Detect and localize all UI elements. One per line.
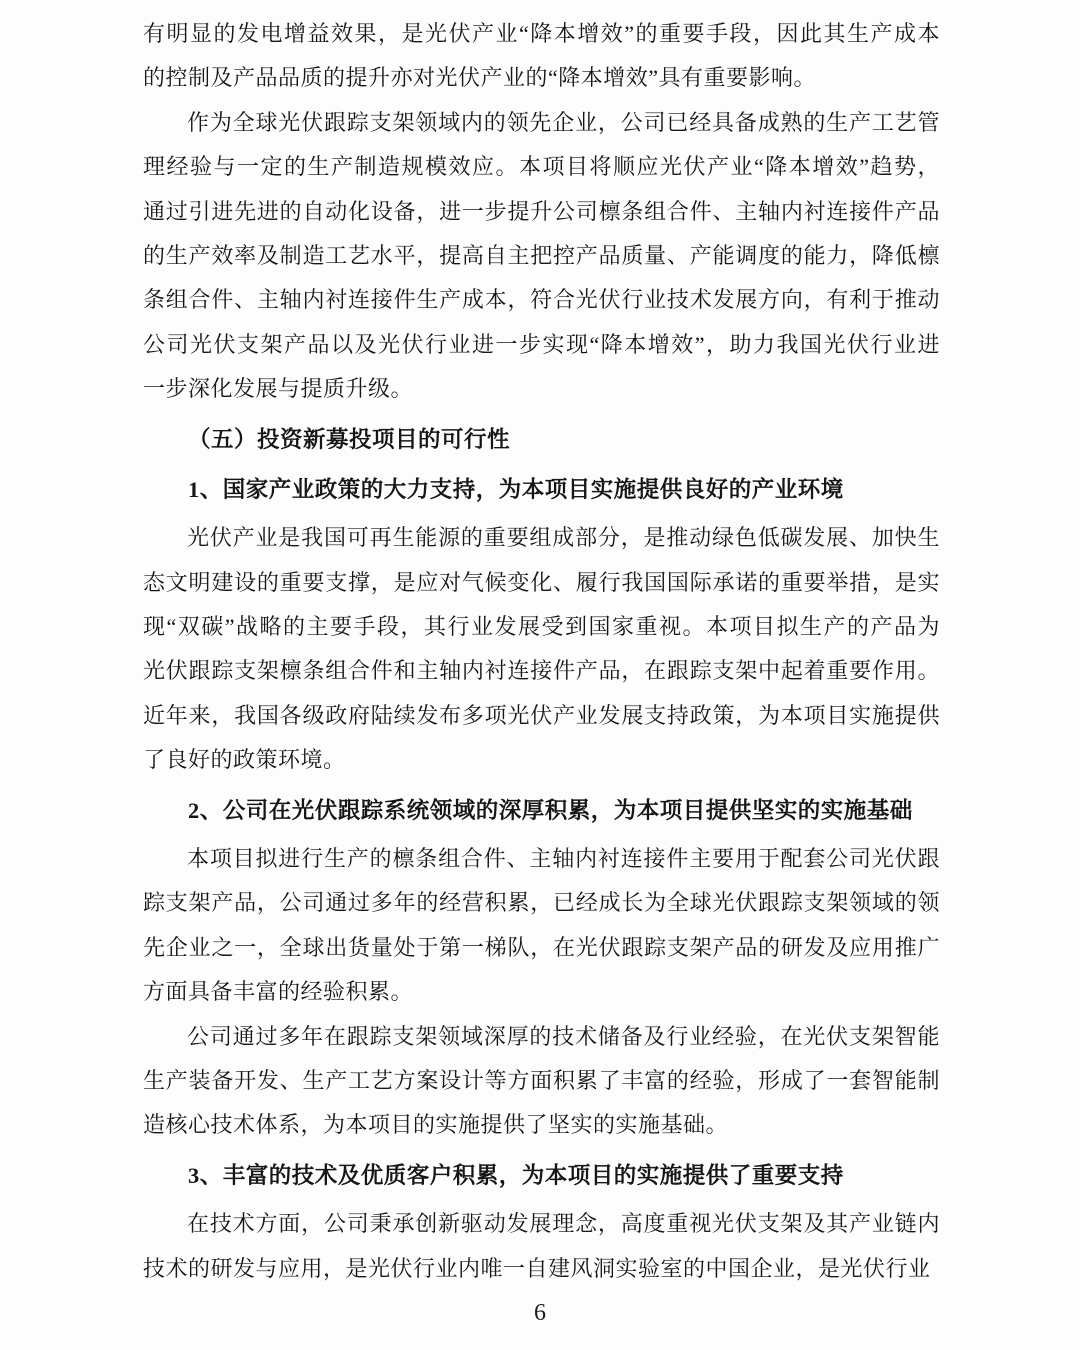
document-page: 有明显的发电增益效果，是光伏产业“降本增效”的重要手段，因此其生产成本的控制及产… — [0, 0, 1080, 1350]
text-line: 造核心技术体系，为本项目的实施提供了坚实的实施基础。 — [143, 1103, 940, 1147]
paragraph: 在技术方面，公司秉承创新驱动发展理念，高度重视光伏支架及其产业链内技术的研发与应… — [143, 1202, 940, 1291]
heading-line: 1、国家产业政策的大力支持，为本项目实施提供良好的产业环境 — [143, 468, 940, 512]
text-line: 本项目拟进行生产的檩条组合件、主轴内衬连接件主要用于配套公司光伏跟 — [143, 837, 940, 881]
paragraph: 有明显的发电增益效果，是光伏产业“降本增效”的重要手段，因此其生产成本的控制及产… — [143, 12, 940, 101]
text-line: 理经验与一定的生产制造规模效应。本项目将顺应光伏产业“降本增效”趋势， — [143, 145, 940, 189]
text-line: 近年来，我国各级政府陆续发布多项光伏产业发展支持政策，为本项目实施提供 — [143, 694, 940, 738]
section-heading: 1、国家产业政策的大力支持，为本项目实施提供良好的产业环境 — [143, 468, 940, 512]
paragraph: 作为全球光伏跟踪支架领域内的领先企业，公司已经具备成熟的生产工艺管理经验与一定的… — [143, 101, 940, 412]
text-line: 公司光伏支架产品以及光伏行业进一步实现“降本增效”，助力我国光伏行业进 — [143, 323, 940, 367]
page-number: 6 — [0, 1300, 1080, 1327]
text-line: 生产装备开发、生产工艺方案设计等方面积累了丰富的经验，形成了一套智能制 — [143, 1059, 940, 1103]
section-heading: （五）投资新募投项目的可行性 — [143, 418, 940, 462]
text-line: 现“双碳”战略的主要手段，其行业发展受到国家重视。本项目拟生产的产品为 — [143, 605, 940, 649]
heading-line: （五）投资新募投项目的可行性 — [143, 418, 940, 462]
section-heading: 3、丰富的技术及优质客户积累，为本项目的实施提供了重要支持 — [143, 1154, 940, 1198]
section-heading: 2、公司在光伏跟踪系统领域的深厚积累，为本项目提供坚实的实施基础 — [143, 789, 940, 833]
text-line: 先企业之一，全球出货量处于第一梯队，在光伏跟踪支架产品的研发及应用推广 — [143, 926, 940, 970]
text-line: 的控制及产品品质的提升亦对光伏产业的“降本增效”具有重要影响。 — [143, 56, 940, 100]
text-line: 光伏跟踪支架檩条组合件和主轴内衬连接件产品，在跟踪支架中起着重要作用。 — [143, 649, 940, 693]
document-body: 有明显的发电增益效果，是光伏产业“降本增效”的重要手段，因此其生产成本的控制及产… — [143, 12, 940, 1291]
text-line: 技术的研发与应用，是光伏行业内唯一自建风洞实验室的中国企业，是光伏行业 — [143, 1247, 940, 1291]
text-line: 在技术方面，公司秉承创新驱动发展理念，高度重视光伏支架及其产业链内 — [143, 1202, 940, 1246]
text-line: 的生产效率及制造工艺水平，提高自主把控产品质量、产能调度的能力，降低檩 — [143, 234, 940, 278]
heading-line: 2、公司在光伏跟踪系统领域的深厚积累，为本项目提供坚实的实施基础 — [143, 789, 940, 833]
text-line: 有明显的发电增益效果，是光伏产业“降本增效”的重要手段，因此其生产成本 — [143, 12, 940, 56]
text-line: 踪支架产品，公司通过多年的经营积累，已经成长为全球光伏跟踪支架领域的领 — [143, 881, 940, 925]
text-line: 态文明建设的重要支撑，是应对气候变化、履行我国国际承诺的重要举措，是实 — [143, 561, 940, 605]
text-line: 方面具备丰富的经验积累。 — [143, 970, 940, 1014]
text-line: 光伏产业是我国可再生能源的重要组成部分，是推动绿色低碳发展、加快生 — [143, 516, 940, 560]
text-line: 一步深化发展与提质升级。 — [143, 367, 940, 411]
paragraph: 本项目拟进行生产的檩条组合件、主轴内衬连接件主要用于配套公司光伏跟踪支架产品，公… — [143, 837, 940, 1015]
text-line: 公司通过多年在跟踪支架领域深厚的技术储备及行业经验，在光伏支架智能 — [143, 1015, 940, 1059]
text-line: 条组合件、主轴内衬连接件生产成本，符合光伏行业技术发展方向，有利于推动 — [143, 278, 940, 322]
paragraph: 光伏产业是我国可再生能源的重要组成部分，是推动绿色低碳发展、加快生态文明建设的重… — [143, 516, 940, 782]
paragraph: 公司通过多年在跟踪支架领域深厚的技术储备及行业经验，在光伏支架智能生产装备开发、… — [143, 1015, 940, 1148]
text-line: 作为全球光伏跟踪支架领域内的领先企业，公司已经具备成熟的生产工艺管 — [143, 101, 940, 145]
heading-line: 3、丰富的技术及优质客户积累，为本项目的实施提供了重要支持 — [143, 1154, 940, 1198]
text-line: 了良好的政策环境。 — [143, 738, 940, 782]
text-line: 通过引进先进的自动化设备，进一步提升公司檩条组合件、主轴内衬连接件产品 — [143, 190, 940, 234]
